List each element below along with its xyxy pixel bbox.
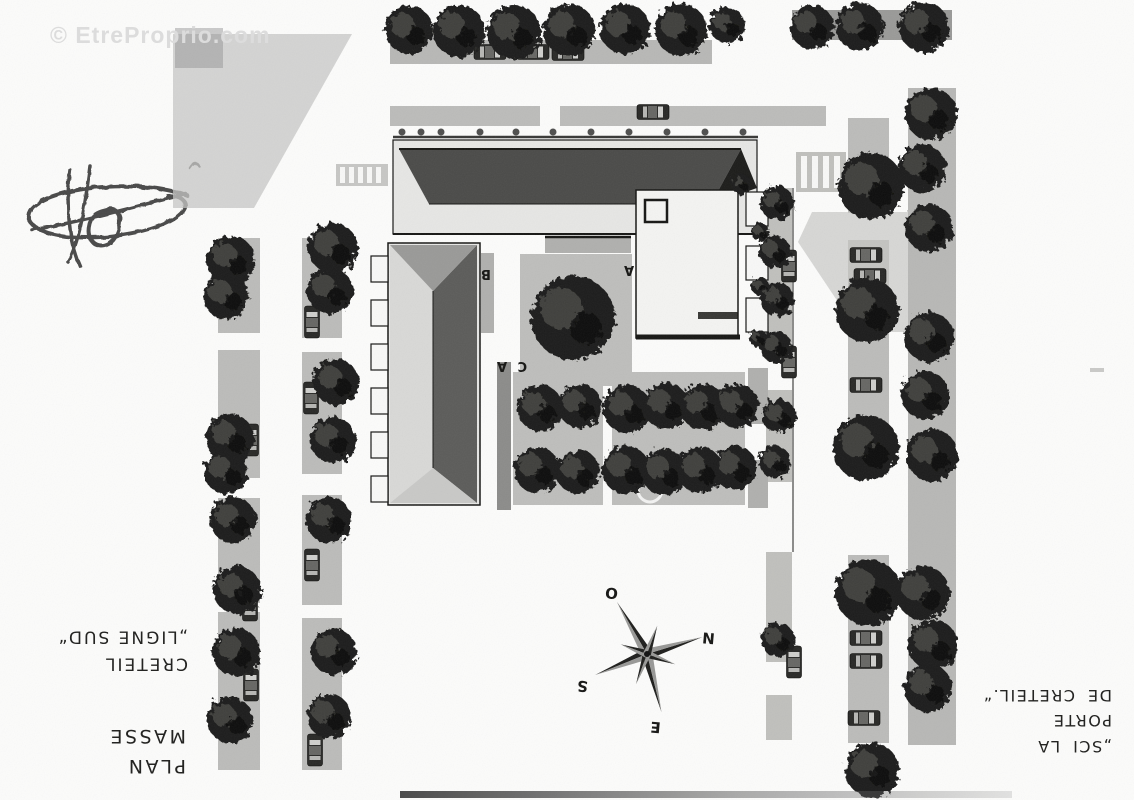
- label-project-title: CRETEIL „LIGNE SUD“: [46, 622, 188, 676]
- label-project-city: CRETEIL: [46, 649, 188, 676]
- building-label-ca: C A: [494, 358, 527, 373]
- building-label-a: A: [621, 262, 634, 277]
- watermark: © EtreProprio.com: [50, 22, 271, 49]
- building-label-b: B: [478, 266, 491, 281]
- label-owner-line2: DE CRETEIL.“: [970, 682, 1112, 708]
- scanned-site-plan-page: ONSE © EtreProprio.com CRETEIL „LIGNE SU…: [0, 0, 1134, 800]
- site-plan-drawing: ONSE: [0, 0, 1134, 800]
- label-owner-line1: „SCI LA PORTE: [970, 708, 1112, 759]
- label-plan-type: PLAN MASSE: [38, 720, 186, 781]
- scan-artifact-bar: [400, 791, 1012, 798]
- label-project-name: „LIGNE SUD“: [46, 622, 188, 649]
- label-owner: „SCI LA PORTE DE CRETEIL.“: [970, 682, 1112, 759]
- scan-edge-mark: [1090, 368, 1104, 372]
